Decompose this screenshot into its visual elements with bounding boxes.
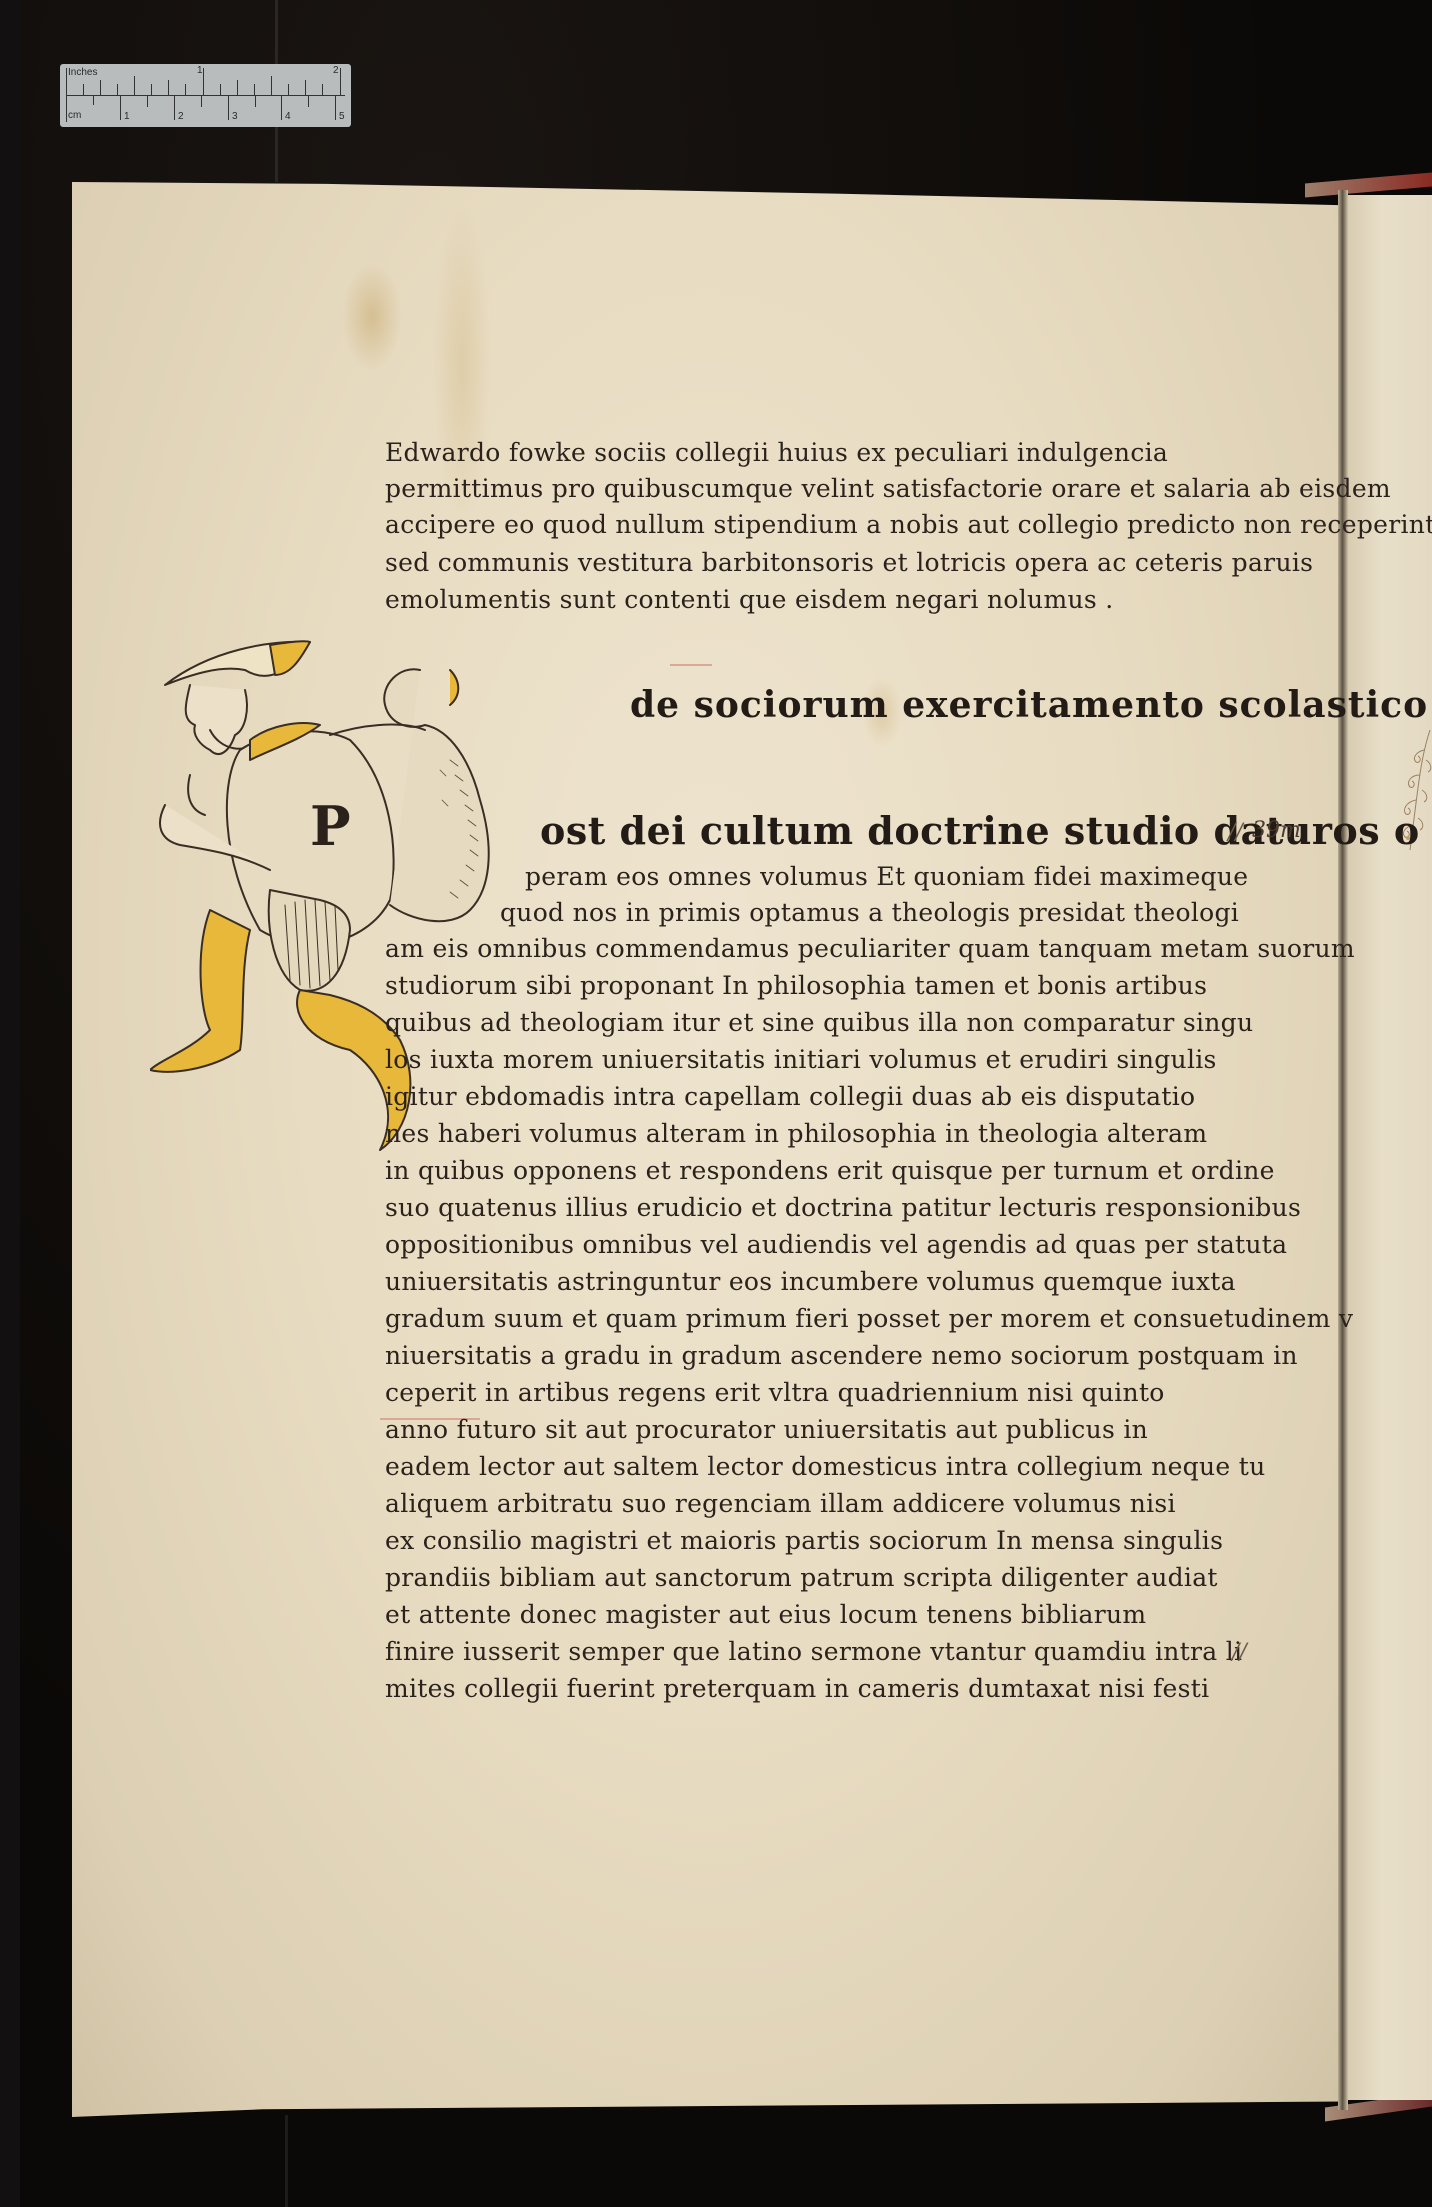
ruler-cm-2: 2 bbox=[178, 111, 184, 122]
ruler-cm-1: 1 bbox=[124, 111, 130, 122]
text-line: mites collegii fuerint preterquam in cam… bbox=[385, 1674, 1209, 1703]
ruler-inch-1: 1 bbox=[197, 65, 203, 76]
text-line: niuersitatis a gradu in gradum ascendere… bbox=[385, 1341, 1298, 1370]
text-line: studiorum sibi proponant In philosophia … bbox=[385, 971, 1207, 1000]
ruler-inch-2: 2 bbox=[333, 65, 339, 76]
text-line: peram eos omnes volumus Et quoniam fidei… bbox=[525, 862, 1248, 891]
text-line: prandiis bibliam aut sanctorum patrum sc… bbox=[385, 1563, 1218, 1592]
margin-mark: // bbox=[1228, 820, 1243, 845]
text-line: uniuersitatis astringuntur eos incumbere… bbox=[385, 1267, 1236, 1296]
text-line: am eis omnibus commendamus peculiariter … bbox=[385, 934, 1355, 963]
ruler-midline bbox=[66, 95, 345, 96]
backdrop-fold-bottom bbox=[285, 2115, 288, 2207]
text-line: in quibus opponens et respondens erit qu… bbox=[385, 1156, 1275, 1185]
section-heading: de sociorum exercitamento scolastico bbox=[630, 684, 1428, 726]
stain bbox=[342, 262, 402, 372]
text-line: et attente donec magister aut eius locum… bbox=[385, 1600, 1146, 1629]
ruler-inches-label: Inches bbox=[68, 67, 97, 78]
initial-letter-p: P bbox=[310, 794, 351, 858]
rubric-line bbox=[670, 664, 712, 666]
text-line: aliquem arbitratu suo regenciam illam ad… bbox=[385, 1489, 1176, 1518]
text-line: quod nos in primis optamus a theologis p… bbox=[500, 898, 1239, 927]
margin-mark: // bbox=[1232, 1640, 1247, 1665]
text-line: ex consilio magistri et maioris partis s… bbox=[385, 1526, 1223, 1555]
text-line: sed communis vestitura barbitonsoris et … bbox=[385, 548, 1313, 577]
text-line: oppositionibus omnibus vel audiendis vel… bbox=[385, 1230, 1287, 1259]
text-line: Edwardo fowke sociis collegii huius ex p… bbox=[385, 438, 1168, 467]
text-line: accipere eo quod nullum stipendium a nob… bbox=[385, 510, 1432, 539]
text-line: los iuxta morem uniuersitatis initiari v… bbox=[385, 1045, 1217, 1074]
text-line: eadem lector aut saltem lector domesticu… bbox=[385, 1452, 1265, 1481]
text-line: gradum suum et quam primum fieri posset … bbox=[385, 1304, 1353, 1333]
text-line: suo quatenus illius erudicio et doctrina… bbox=[385, 1193, 1301, 1222]
ruler-cm-4: 4 bbox=[285, 111, 291, 122]
text-line: anno futuro sit aut procurator uniuersit… bbox=[385, 1415, 1148, 1444]
text-line: nes haberi volumus alteram in philosophi… bbox=[385, 1119, 1207, 1148]
text-line: quibus ad theologiam itur et sine quibus… bbox=[385, 1008, 1253, 1037]
ruler-cm-5: 5 bbox=[339, 111, 345, 122]
folio-number: 39m bbox=[1252, 818, 1301, 843]
scale-ruler: Inches 1 2 cm 1 2 3 4 5 bbox=[60, 64, 351, 127]
text-line: igitur ebdomadis intra capellam collegii… bbox=[385, 1082, 1195, 1111]
text-line: finire iusserit semper que latino sermon… bbox=[385, 1637, 1242, 1666]
ruler-cm-3: 3 bbox=[232, 111, 238, 122]
text-line: permittimus pro quibuscumque velint sati… bbox=[385, 474, 1391, 503]
ruler-cm-label: cm bbox=[68, 110, 81, 121]
backdrop-edge bbox=[0, 0, 20, 2207]
text-line: emolumentis sunt contenti que eisdem neg… bbox=[385, 585, 1113, 614]
text-line: ceperit in artibus regens erit vltra qua… bbox=[385, 1378, 1165, 1407]
